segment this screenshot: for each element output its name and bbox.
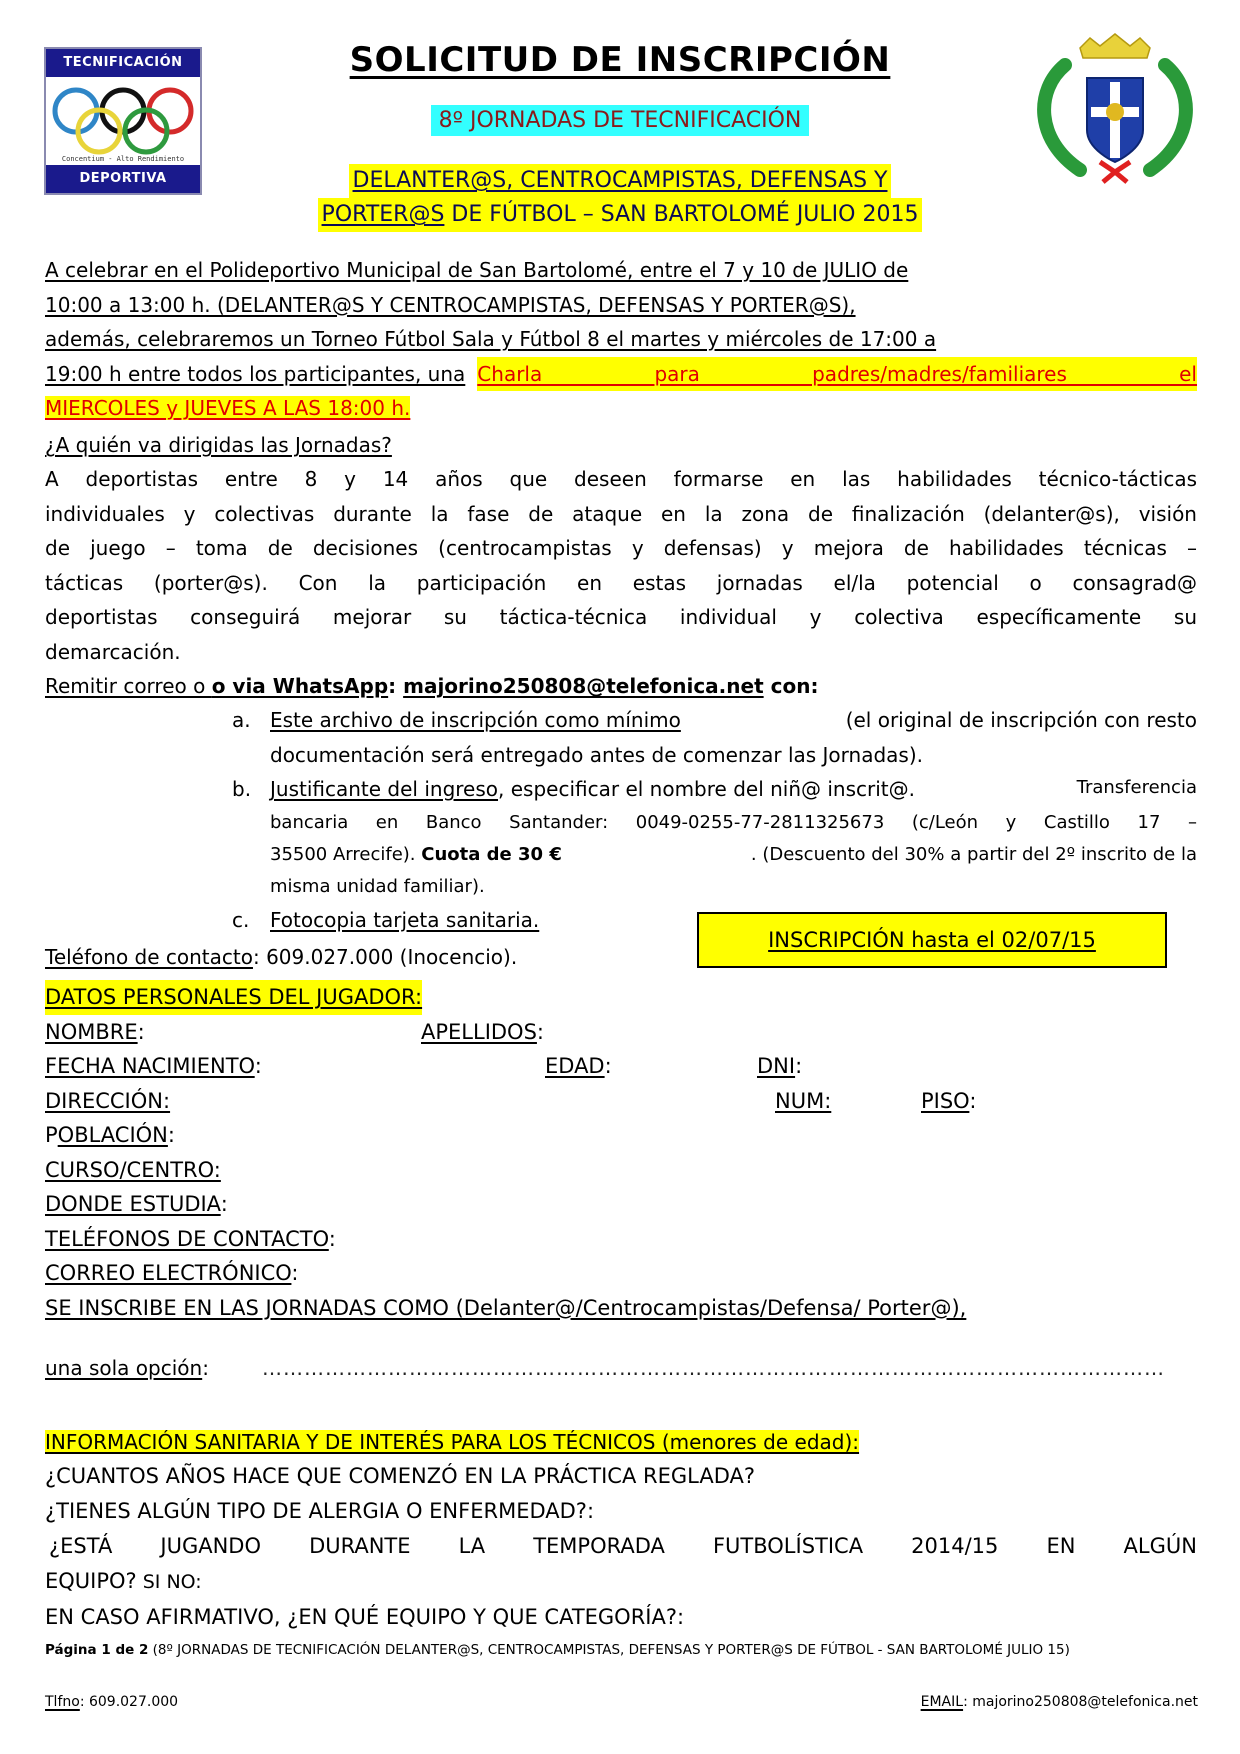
intro-line: 19:00 h entre todos los participantes, u…	[45, 357, 1197, 392]
health-section: INFORMACIÓN SANITARIA Y DE INTERÉS PARA …	[45, 1425, 1197, 1635]
intro-paragraph: A celebrar en el Polideportivo Municipal…	[45, 253, 1197, 426]
positions-heading: DELANTER@S, CENTROCAMPISTAS, DEFENSAS Y …	[0, 164, 1240, 232]
footer-email: EMAIL: majorino250808@telefonica.net	[921, 1694, 1198, 1710]
intro-line: A celebrar en el Polideportivo Municipal…	[45, 253, 1197, 288]
field-inscribe-como: SE INSCRIBE EN LAS JORNADAS COMO (Delant…	[45, 1291, 966, 1326]
intro-line: además, celebraremos un Torneo Fútbol Sa…	[45, 322, 1197, 357]
field-telefonos[interactable]: TELÉFONOS DE CONTACTO:	[45, 1222, 336, 1257]
field-curso-centro[interactable]: CURSO/CENTRO:	[45, 1153, 221, 1188]
positions-line-2: PORTER@S DE FÚTBOL – SAN BARTOLOMÉ JULIO…	[318, 198, 923, 232]
deadline-box: INSCRIPCIÓN hasta el 02/07/15	[697, 912, 1167, 968]
who-heading: ¿A quién va dirigidas las Jornadas?	[45, 428, 1197, 463]
requirements-list: a. Este archivo de inscripción como míni…	[232, 703, 1197, 937]
list-item: b. Justificante del ingreso, especificar…	[232, 772, 1197, 903]
list-item: a. Este archivo de inscripción como míni…	[232, 703, 1197, 772]
field-dni[interactable]: DNI:	[757, 1049, 802, 1084]
intro-line: 10:00 a 13:00 h. (DELANTER@S Y CENTROCAM…	[45, 288, 1197, 323]
field-apellidos[interactable]: APELLIDOS:	[421, 1015, 544, 1050]
logo-motto: Concentium - Alto Rendimiento	[50, 155, 196, 163]
health-heading: INFORMACIÓN SANITARIA Y DE INTERÉS PARA …	[45, 1430, 859, 1454]
charla-schedule: MIERCOLES y JUEVES A LAS 18:00 h.	[45, 396, 410, 420]
question-team: ¿ESTÁJUGANDODURANTELATEMPORADAFUTBOLÍSTI…	[45, 1529, 1197, 1564]
who-paragraph: A deportistas entre 8 y 14 años que dese…	[45, 462, 1197, 669]
positions-line-1: DELANTER@S, CENTROCAMPISTAS, DEFENSAS Y	[349, 164, 892, 198]
field-piso[interactable]: PISO:	[921, 1084, 976, 1119]
intro-line: MIERCOLES y JUEVES A LAS 18:00 h.	[45, 391, 1197, 426]
field-num[interactable]: NUM:	[775, 1084, 831, 1119]
field-direccion[interactable]: DIRECCIÓN:	[45, 1084, 170, 1119]
field-edad[interactable]: EDAD:	[545, 1049, 612, 1084]
si-no-options[interactable]: SI NO:	[137, 1571, 202, 1593]
personal-data-section: DATOS PERSONALES DEL JUGADOR: NOMBRE: AP…	[45, 980, 1205, 1325]
question-years: ¿CUANTOS AÑOS HACE QUE COMENZÓ EN LA PRÁ…	[45, 1459, 1197, 1494]
option-label: una sola opción:	[45, 1356, 209, 1380]
personal-data-heading: DATOS PERSONALES DEL JUGADOR:	[45, 980, 422, 1015]
field-fecha-nacimiento[interactable]: FECHA NACIMIENTO:	[45, 1049, 262, 1084]
question-allergy: ¿TIENES ALGÚN TIPO DE ALERGIA O ENFERMED…	[45, 1494, 1197, 1529]
question-team-category: EN CASO AFIRMATIVO, ¿EN QUÉ EQUIPO Y QUE…	[45, 1600, 1197, 1635]
footer-phone: Tlfno: 609.027.000	[45, 1694, 178, 1710]
field-donde-estudia[interactable]: DONDE ESTUDIA:	[45, 1187, 228, 1222]
page-title: SOLICITUD DE INSCRIPCIÓN	[0, 40, 1240, 80]
field-poblacion[interactable]: POBLACIÓN:	[45, 1118, 175, 1153]
contact-phone: Teléfono de contacto: 609.027.000 (Inoce…	[45, 945, 517, 969]
footer-page-info: Página 1 de 2 (8º JORNADAS DE TECNIFICAC…	[45, 1642, 1070, 1658]
field-correo[interactable]: CORREO ELECTRÓNICO:	[45, 1256, 299, 1291]
field-nombre[interactable]: NOMBRE:	[45, 1015, 145, 1050]
jornadas-subtitle: 8º JORNADAS DE TECNIFICACIÓN	[0, 108, 1240, 133]
contact-email-link[interactable]: majorino250808@telefonica.net	[403, 674, 764, 698]
charla-highlight: Charla para padres/madres/familiares el	[477, 357, 1197, 392]
option-input[interactable]: ……………………………………………………………………………………………………………	[262, 1356, 1167, 1380]
remit-instructions: Remitir correo o o via WhatsApp: majorin…	[45, 669, 1197, 704]
